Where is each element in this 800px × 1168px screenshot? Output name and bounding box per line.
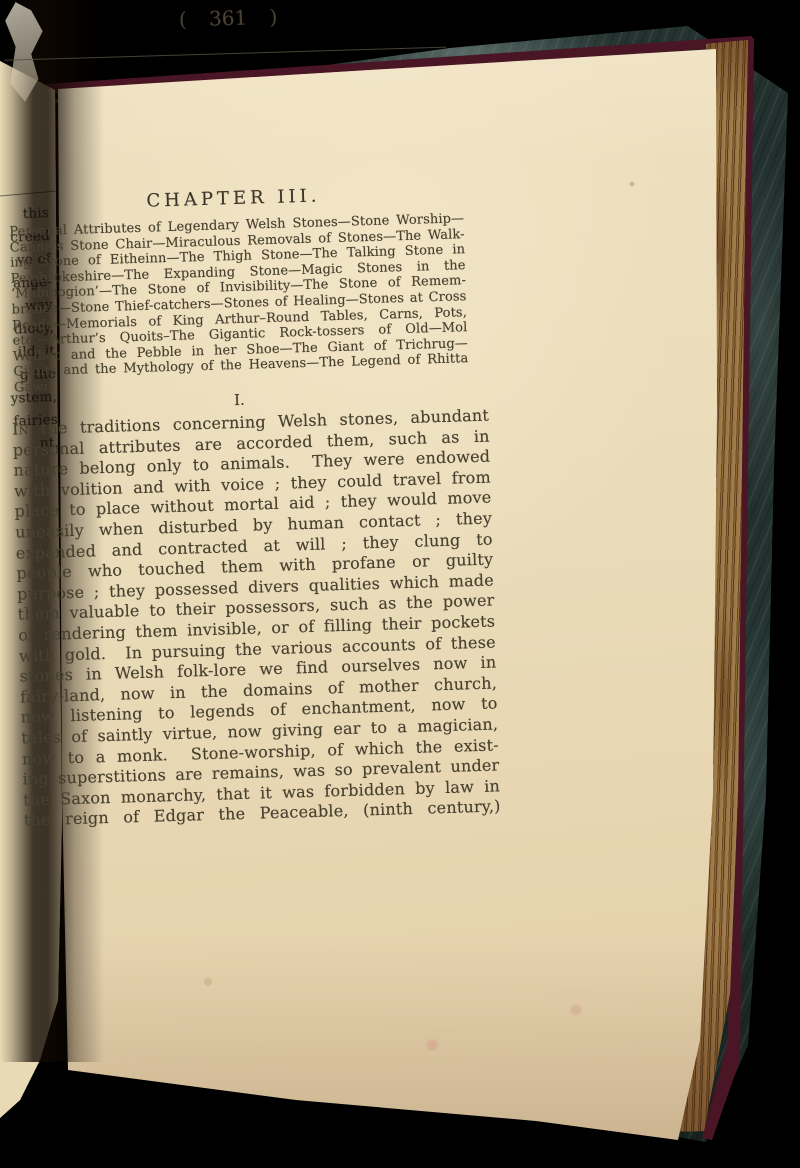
chapter-heading: CHAPTER III. [0,181,469,216]
page-content: ( 361 ) CHAPTER III. Personal Attributes… [0,0,487,842]
page-number: ( 361 ) [0,0,463,37]
body-text: In the traditions concerning Welsh stone… [12,406,501,832]
chapter-summary: Personal Attributes of Legendary Welsh S… [9,211,469,396]
header-rule [4,47,446,61]
body-lines: personal attributes are accorded them, s… [13,426,501,831]
open-book-photo: thiscreedve ofange-waydiocy,ild, itg the… [0,0,800,1168]
body-first-word: In [12,419,29,438]
